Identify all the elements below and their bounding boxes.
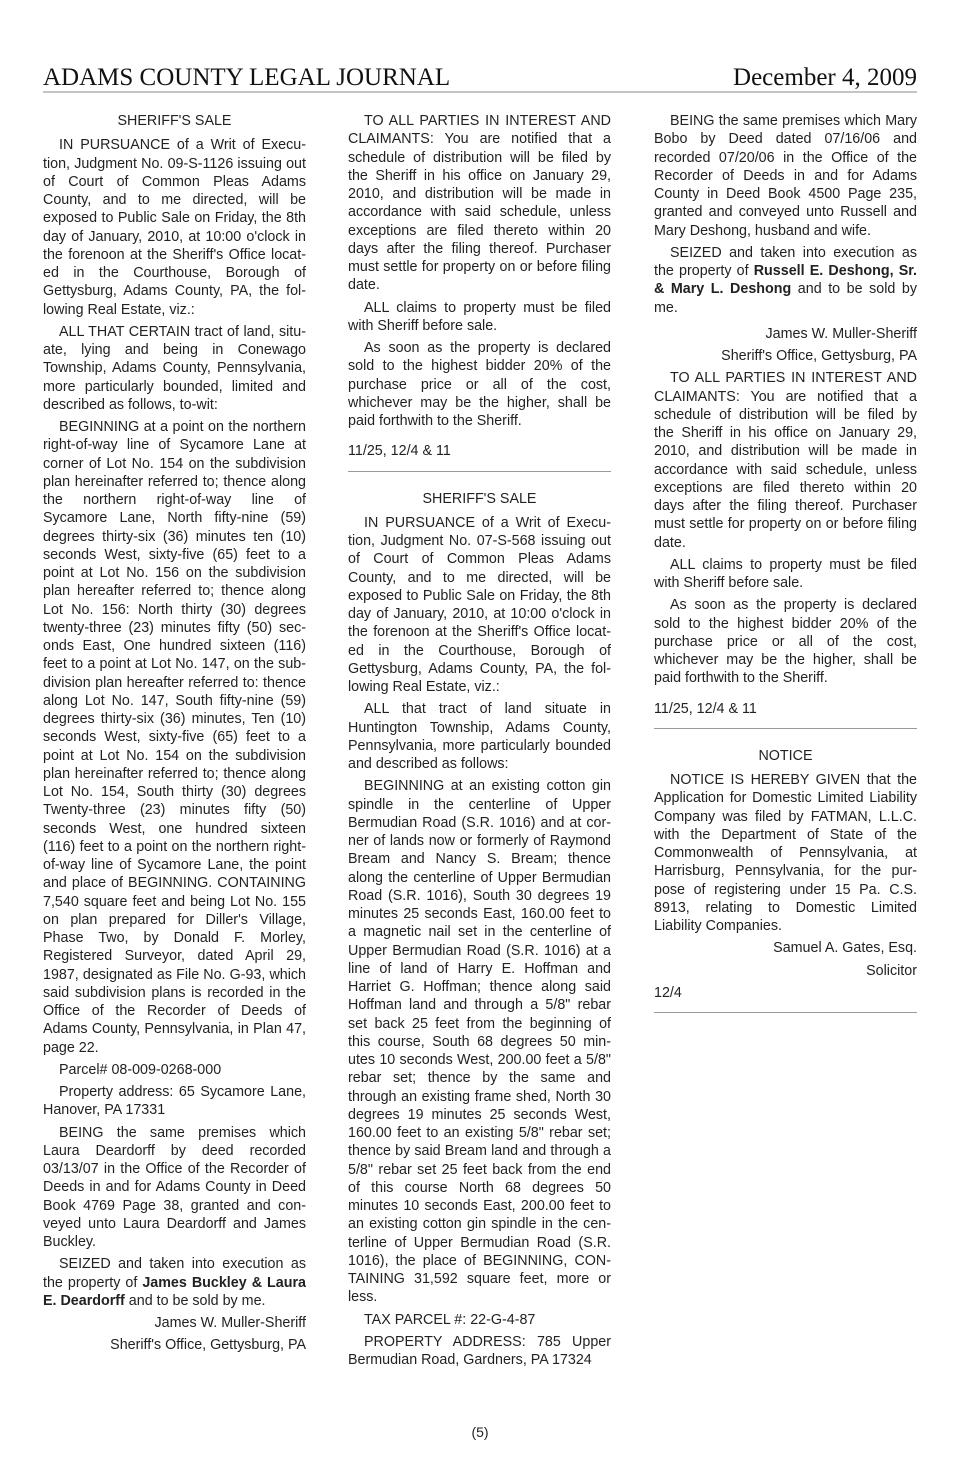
issue-date: December 4, 2009 (733, 64, 917, 92)
writ-paragraph: IN PURSUANCE of a Writ of Execu­tion, Ju… (43, 136, 306, 319)
tax-parcel: TAX PARCEL #: 22-G-4-87 (348, 1311, 611, 1329)
claimants-notice: TO ALL PARTIES IN INTEREST AND CLAIMANTS… (654, 369, 917, 552)
property-address: Property address: 65 Sycamore Lane, Hano… (43, 1083, 306, 1120)
sheriffs-sale-heading: SHERIFF'S SALE (43, 112, 306, 130)
solicitor-name: Samuel A. Gates, Esq. (654, 939, 917, 957)
sheriff-signature-name: James W. Muller-Sheriff (654, 325, 917, 343)
section-divider (654, 1012, 917, 1013)
tract-paragraph: ALL THAT CERTAIN tract of land, situ­ate… (43, 323, 306, 414)
masthead: ADAMS COUNTY LEGAL JOURNAL December 4, 2… (43, 52, 917, 92)
boundary-paragraph: BEGINNING at an existing cotton gin spin… (348, 777, 611, 1306)
bidder-paragraph: As soon as the property is declared sold… (348, 339, 611, 430)
page-number: (5) (0, 1424, 960, 1440)
sheriff-signature-office: Sheriff's Office, Gettysburg, PA (654, 347, 917, 365)
seized-paragraph: SEIZED and taken into execution as the p… (43, 1255, 306, 1310)
tract-paragraph: ALL that tract of land situate in Huntin… (348, 700, 611, 773)
property-address: PROPERTY ADDRESS: 785 Upper Bermudian Ro… (348, 1333, 611, 1370)
notice-heading: NOTICE (654, 747, 917, 765)
writ-paragraph: IN PURSUANCE of a Writ of Execu­tion, Ju… (348, 514, 611, 697)
notice-date: 12/4 (654, 984, 917, 1002)
journal-title: ADAMS COUNTY LEGAL JOURNAL (43, 64, 450, 92)
sheriff-signature-name: James W. Muller-Sheriff (43, 1314, 306, 1332)
publication-dates: 11/25, 12/4 & 11 (654, 700, 917, 718)
claims-paragraph: ALL claims to property must be filed wit… (654, 556, 917, 593)
claimants-notice: TO ALL PARTIES IN INTEREST AND CLAIMANTS… (348, 112, 611, 295)
column-3: BEING the same premises which Mary Bobo … (654, 112, 917, 1031)
section-divider (348, 471, 611, 472)
boundary-paragraph: BEGINNING at a point on the northern rig… (43, 418, 306, 1057)
seized-paragraph: SEIZED and taken into execution as the p… (654, 244, 917, 317)
masthead-divider (43, 91, 917, 93)
bidder-paragraph: As soon as the property is declared sold… (654, 596, 917, 687)
claims-paragraph: ALL claims to property must be filed wit… (348, 299, 611, 336)
column-1: SHERIFF'S SALE IN PURSUANCE of a Writ of… (43, 112, 306, 1359)
parcel-number: Parcel# 08-009-0268-000 (43, 1061, 306, 1079)
sheriffs-sale-heading: SHERIFF'S SALE (348, 490, 611, 508)
publication-dates: 11/25, 12/4 & 11 (348, 442, 611, 460)
sheriff-signature-office: Sheriff's Office, Gettysburg, PA (43, 1336, 306, 1354)
column-2: TO ALL PARTIES IN INTEREST AND CLAIMANTS… (348, 112, 611, 1373)
section-divider (654, 728, 917, 729)
deed-paragraph: BEING the same premises which Laura Dear… (43, 1124, 306, 1252)
deed-paragraph: BEING the same premises which Mary Bobo … (654, 112, 917, 240)
solicitor-title: Solicitor (654, 962, 917, 980)
llc-notice-paragraph: NOTICE IS HEREBY GIVEN that the Applicat… (654, 771, 917, 935)
